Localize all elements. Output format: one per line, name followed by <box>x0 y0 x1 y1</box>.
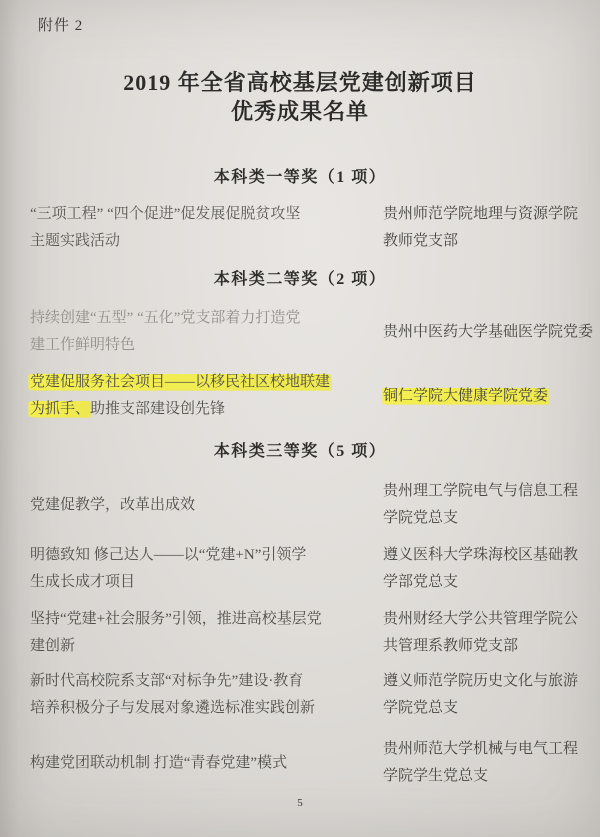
award-row: 持续创建“五型” “五化”党支部着力打造党 建工作鲜明特色 贵州中医药大学基础医… <box>0 304 600 360</box>
project-name: 构建党团联动机制 打造“青春党建”模式 <box>30 750 375 777</box>
highlighted-text: 为抓手、 <box>30 401 90 417</box>
scanned-document-page: 附件 2 2019 年全省高校基层党建创新项目 优秀成果名单 本科类一等奖（1 … <box>0 0 600 837</box>
award-list: 本科类一等奖（1 项） “三项工程” “四个促进”促发展促脱贫攻坚 主题实践活动… <box>0 160 600 792</box>
award-row: 坚持“党建+社会服务”引领，推进高校基层党 建创新 贵州财经大学公共管理学院公 … <box>0 604 600 662</box>
document-title: 2019 年全省高校基层党建创新项目 优秀成果名单 <box>0 68 600 126</box>
org-name: 铜仁学院大健康学院党委 <box>383 383 597 410</box>
org-name: 贵州中医药大学基础医学院党委 <box>383 319 597 346</box>
project-name: 新时代高校院系支部“对标争先”建设·教育 培养积极分子与发展对象遴选标准实践创新 <box>30 668 375 722</box>
page-number: 5 <box>0 797 600 809</box>
section-heading-third-prize: 本科类三等奖（5 项） <box>0 440 600 464</box>
org-name: 遵义医科大学珠海校区基础教 学部党总支 <box>383 542 597 596</box>
project-name: “三项工程” “四个促进”促发展促脱贫攻坚 主题实践活动 <box>30 201 375 255</box>
award-row-highlighted: 党建促服务社会项目——以移民社区校地联建为抓手、助推支部建设创先锋 铜仁学院大健… <box>0 368 600 424</box>
document-title-line1: 2019 年全省高校基层党建创新项目 <box>0 68 600 97</box>
award-row: 党建促教学，改革出成效 贵州理工学院电气与信息工程 学院党总支 <box>0 476 600 534</box>
org-name: 贵州理工学院电气与信息工程 学院党总支 <box>383 478 597 532</box>
award-row: 构建党团联动机制 打造“青春党建”模式 贵州师范大学机械与电气工程 学院学生党总… <box>0 734 600 792</box>
section-heading-first-prize: 本科类一等奖（1 项） <box>0 166 600 190</box>
award-row: 明德致知 修己达人——以“党建+N”引领学 生成长成才项目 遵义医科大学珠海校区… <box>0 540 600 598</box>
attachment-label: 附件 2 <box>38 14 83 35</box>
org-name: 贵州师范大学机械与电气工程 学院学生党总支 <box>383 736 597 790</box>
project-name: 明德致知 修己达人——以“党建+N”引领学 生成长成才项目 <box>30 542 375 596</box>
org-name: 贵州师范学院地理与资源学院 教师党支部 <box>383 201 597 255</box>
project-name: 持续创建“五型” “五化”党支部着力打造党 建工作鲜明特色 <box>30 305 375 359</box>
org-name: 贵州财经大学公共管理学院公 共管理系教师党支部 <box>383 606 597 660</box>
project-name: 党建促服务社会项目——以移民社区校地联建为抓手、助推支部建设创先锋 <box>30 369 375 423</box>
project-name: 党建促教学，改革出成效 <box>30 492 375 519</box>
highlighted-text: 铜仁学院大健康学院党委 <box>383 388 548 404</box>
section-heading-second-prize: 本科类二等奖（2 项） <box>0 268 600 292</box>
project-text: 助推支部建设创先锋 <box>90 401 225 417</box>
award-row: 新时代高校院系支部“对标争先”建设·教育 培养积极分子与发展对象遴选标准实践创新… <box>0 666 600 724</box>
award-row: “三项工程” “四个促进”促发展促脱贫攻坚 主题实践活动 贵州师范学院地理与资源… <box>0 200 600 256</box>
project-name: 坚持“党建+社会服务”引领，推进高校基层党 建创新 <box>30 606 375 660</box>
highlighted-text: 党建促服务社会项目——以移民社区校地联建 <box>30 374 330 390</box>
org-name: 遵义师范学院历史文化与旅游 学院党总支 <box>383 668 597 722</box>
document-title-line2: 优秀成果名单 <box>0 97 600 126</box>
